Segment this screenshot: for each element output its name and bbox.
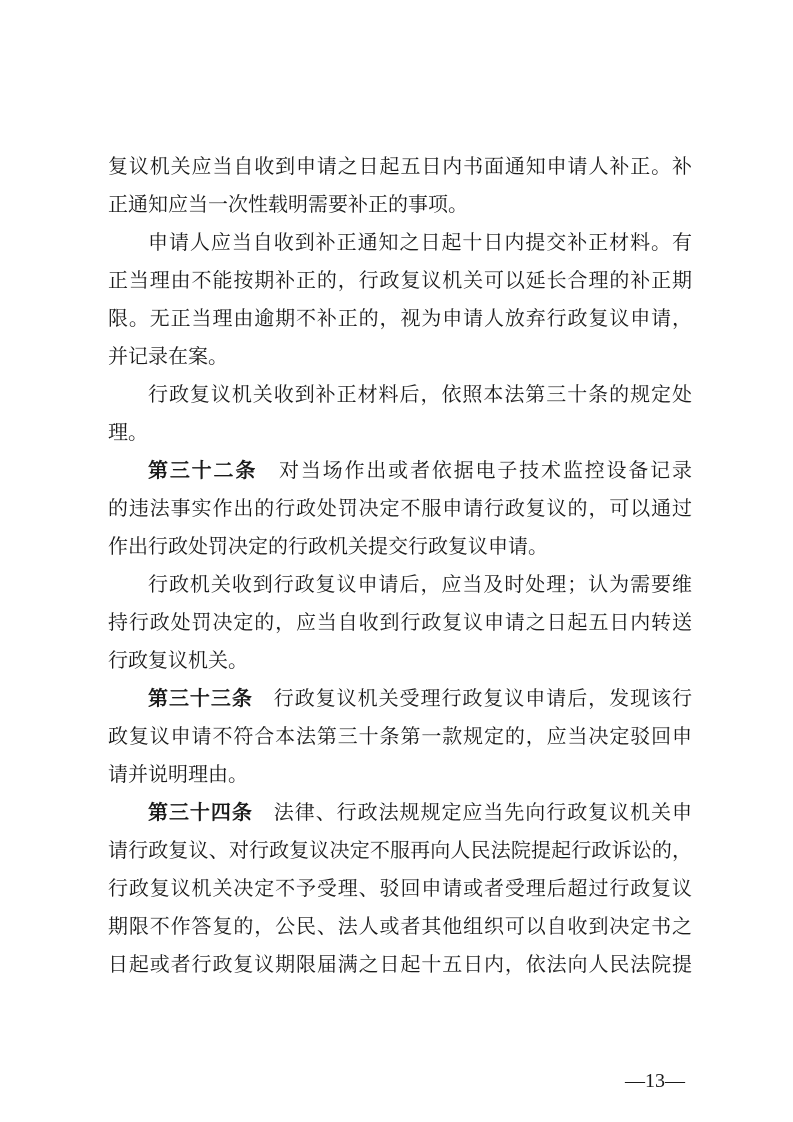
- text-line: 日起或者行政复议期限届满之日起十五日内，依法向人民法院提: [108, 945, 692, 983]
- text-line: 请并说明理由。: [108, 755, 692, 793]
- text-line: 复议机关应当自收到申请之日起五日内书面通知申请人补正。补: [108, 147, 692, 185]
- article-line: 第三十二条 对当场作出或者依据电子技术监控设备记录: [148, 451, 692, 489]
- line-text: 对当场作出或者依据电子技术监控设备记录: [257, 458, 692, 482]
- line-text: 行政复议机关。: [108, 648, 248, 672]
- article-line: 第三十四条 法律、行政法规规定应当先向行政复议机关申: [148, 793, 692, 831]
- text-line: 行政复议机关。: [108, 641, 692, 679]
- line-text: 理。: [108, 420, 148, 444]
- page-number: —13—: [600, 1068, 710, 1094]
- line-text: 申请人应当自收到补正通知之日起十日内提交补正材料。有: [148, 230, 692, 254]
- text-line: 申请人应当自收到补正通知之日起十日内提交补正材料。有: [148, 223, 692, 261]
- text-line: 请行政复议、对行政复议决定不服再向人民法院提起行政诉讼的，: [108, 831, 692, 869]
- line-text: 作出行政处罚决定的行政机关提交行政复议申请。: [108, 534, 548, 558]
- line-text: 行政机关收到行政复议申请后，应当及时处理；认为需要维: [148, 572, 692, 596]
- line-text: 法律、行政法规规定应当先向行政复议机关申: [253, 800, 692, 824]
- text-line: 正当理由不能按期补正的，行政复议机关可以延长合理的补正期: [108, 261, 692, 299]
- line-text: 请并说明理由。: [108, 762, 248, 786]
- line-text: 正通知应当一次性载明需要补正的事项。: [108, 192, 468, 216]
- line-text: 期限不作答复的，公民、法人或者其他组织可以自收到决定书之: [108, 914, 692, 938]
- line-text: 持行政处罚决定的，应当自收到行政复议申请之日起五日内转送: [108, 610, 692, 634]
- text-line: 期限不作答复的，公民、法人或者其他组织可以自收到决定书之: [108, 907, 692, 945]
- article-heading: 第三十四条: [148, 800, 253, 824]
- text-line: 限。无正当理由逾期不补正的，视为申请人放弃行政复议申请，: [108, 299, 692, 337]
- text-line: 的违法事实作出的行政处罚决定不服申请行政复议的，可以通过: [108, 489, 692, 527]
- line-text: 的违法事实作出的行政处罚决定不服申请行政复议的，可以通过: [108, 496, 692, 520]
- text-line: 行政复议机关收到补正材料后，依照本法第三十条的规定处: [148, 375, 692, 413]
- text-line: 行政复议机关决定不予受理、驳回申请或者受理后超过行政复议: [108, 869, 692, 907]
- text-line: 行政机关收到行政复议申请后，应当及时处理；认为需要维: [148, 565, 692, 603]
- line-text: 正当理由不能按期补正的，行政复议机关可以延长合理的补正期: [108, 268, 692, 292]
- line-text: 政复议申请不符合本法第三十条第一款规定的，应当决定驳回申: [108, 724, 692, 748]
- line-text: 请行政复议、对行政复议决定不服再向人民法院提起行政诉讼的，: [108, 838, 692, 862]
- line-text: 并记录在案。: [108, 344, 228, 368]
- text-line: 正通知应当一次性载明需要补正的事项。: [108, 185, 692, 223]
- article-line: 第三十三条 行政复议机关受理行政复议申请后，发现该行: [148, 679, 692, 717]
- line-text: 行政复议机关决定不予受理、驳回申请或者受理后超过行政复议: [108, 876, 692, 900]
- article-heading: 第三十二条: [148, 458, 257, 482]
- line-text: 限。无正当理由逾期不补正的，视为申请人放弃行政复议申请，: [108, 306, 692, 330]
- text-line: 作出行政处罚决定的行政机关提交行政复议申请。: [108, 527, 692, 565]
- text-line: 政复议申请不符合本法第三十条第一款规定的，应当决定驳回申: [108, 717, 692, 755]
- line-text: 复议机关应当自收到申请之日起五日内书面通知申请人补正。补: [108, 154, 692, 178]
- line-text: 行政复议机关受理行政复议申请后，发现该行: [253, 686, 692, 710]
- text-line: 理。: [108, 413, 692, 451]
- line-text: 日起或者行政复议期限届满之日起十五日内，依法向人民法院提: [108, 952, 692, 976]
- article-heading: 第三十三条: [148, 686, 253, 710]
- line-text: 行政复议机关收到补正材料后，依照本法第三十条的规定处: [148, 382, 692, 406]
- document-page: 复议机关应当自收到申请之日起五日内书面通知申请人补正。补正通知应当一次性载明需要…: [0, 0, 793, 1122]
- text-line: 并记录在案。: [108, 337, 692, 375]
- text-line: 持行政处罚决定的，应当自收到行政复议申请之日起五日内转送: [108, 603, 692, 641]
